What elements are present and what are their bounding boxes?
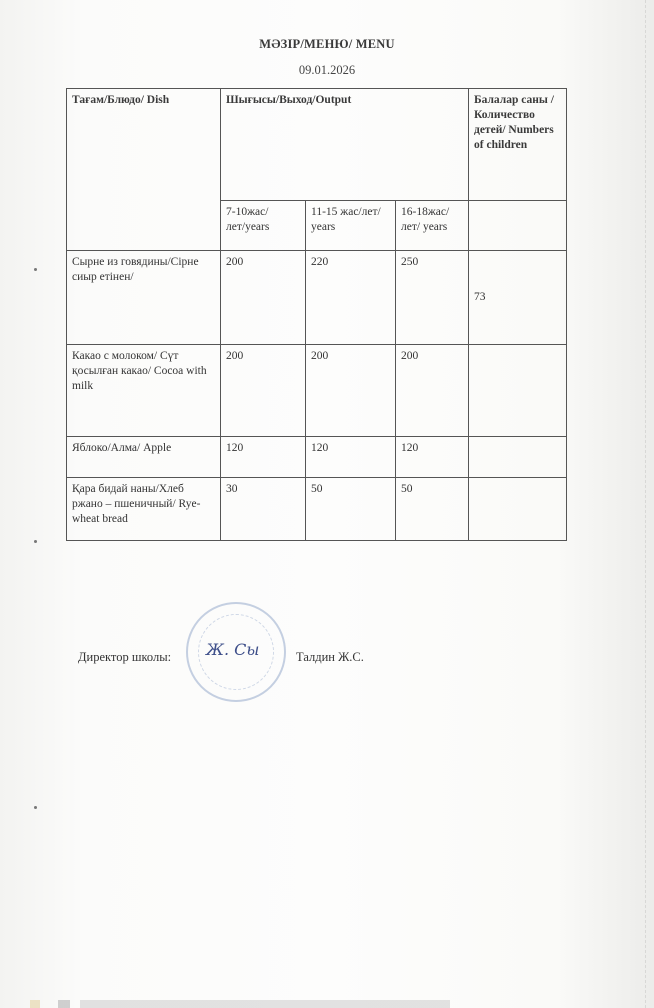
- scan-speck: [34, 806, 37, 809]
- document-date: 09.01.2026: [0, 63, 654, 78]
- portion-value: 200: [221, 345, 306, 437]
- table-row: Сырне из говядины/Сірне сиыр етінен/ 200…: [67, 251, 567, 345]
- portion-value: 120: [221, 437, 306, 478]
- dish-name: Қара бидай наны/Хлеб ржано – пшеничный/ …: [67, 478, 221, 541]
- scanned-page: МӘЗІР/МЕНЮ/ MENU 09.01.2026 Тағам/Блюдо/…: [0, 0, 654, 1008]
- header-empty-cell: [469, 201, 567, 251]
- dish-name: Какао с молоком/ Сүт қосылған какао/ Coc…: [67, 345, 221, 437]
- portion-value: 30: [221, 478, 306, 541]
- director-label: Директор школы:: [78, 650, 171, 665]
- portion-value: 200: [221, 251, 306, 345]
- document-title: МӘЗІР/МЕНЮ/ MENU: [0, 37, 654, 52]
- portion-value: 120: [306, 437, 396, 478]
- handwritten-signature: Ж. Сы: [206, 640, 259, 659]
- portion-value: 250: [396, 251, 469, 345]
- empty-cell: [469, 437, 567, 478]
- page-edge-shadow: [644, 0, 646, 1008]
- empty-cell: [469, 345, 567, 437]
- header-age-group: 7-10жас/лет/years: [221, 201, 306, 251]
- header-children-count: Балалар саны /Количество детей/ Numbers …: [469, 89, 567, 201]
- portion-value: 120: [396, 437, 469, 478]
- header-output: Шығысы/Выход/Output: [221, 89, 469, 201]
- table-header-row: Тағам/Блюдо/ Dish Шығысы/Выход/Output Ба…: [67, 89, 567, 201]
- scan-bottom-artifact: [30, 1000, 450, 1008]
- portion-value: 50: [306, 478, 396, 541]
- portion-value: 220: [306, 251, 396, 345]
- dish-name: Сырне из говядины/Сірне сиыр етінен/: [67, 251, 221, 345]
- portion-value: 50: [396, 478, 469, 541]
- table-row: Қара бидай наны/Хлеб ржано – пшеничный/ …: [67, 478, 567, 541]
- children-count-value: 73: [469, 251, 567, 345]
- table-row: Яблоко/Алма/ Apple 120 120 120: [67, 437, 567, 478]
- portion-value: 200: [396, 345, 469, 437]
- header-age-group: 11-15 жас/лет/ years: [306, 201, 396, 251]
- menu-table: Тағам/Блюдо/ Dish Шығысы/Выход/Output Ба…: [66, 88, 567, 541]
- table-row: Какао с молоком/ Сүт қосылған какао/ Coc…: [67, 345, 567, 437]
- empty-cell: [469, 478, 567, 541]
- director-name: Талдин Ж.С.: [296, 650, 364, 665]
- scan-speck: [34, 268, 37, 271]
- header-dish: Тағам/Блюдо/ Dish: [67, 89, 221, 251]
- scan-speck: [34, 540, 37, 543]
- header-age-group: 16-18жас/лет/ years: [396, 201, 469, 251]
- portion-value: 200: [306, 345, 396, 437]
- dish-name: Яблоко/Алма/ Apple: [67, 437, 221, 478]
